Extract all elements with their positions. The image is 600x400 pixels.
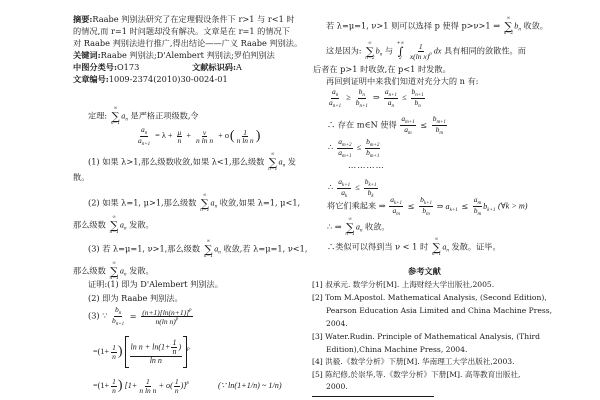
summation-symbol: ∞∑n=1 xyxy=(345,218,355,237)
reference-item-cont: Pearson Education Asia Limited and China… xyxy=(326,306,552,317)
reference-item-cont: 2004. xyxy=(326,319,348,330)
doc-code-line: 文献标识码:A xyxy=(192,62,242,72)
right-line-4: 再回到证明中来我们知道对充分大的 n 有: xyxy=(326,76,478,86)
keywords-line: 关键词:Raabe 判别法;D'Alembert 判别法;罗伯判别法 xyxy=(73,50,275,60)
article-no-value: 1009-2374(2010)30-0024-01 xyxy=(109,74,228,84)
summation-symbol: ∞∑n=1 xyxy=(109,216,119,235)
footnote-separator xyxy=(312,396,434,397)
summation-symbol: ∞∑n=1 xyxy=(200,194,210,213)
similar-line: ∴类似可以得到当 ν < 1 时 ∞∑n=1an 发散。证毕。 xyxy=(327,238,501,257)
reference-item: [2] Tom M.Apostol. Mathematical Analysis… xyxy=(312,293,547,304)
keywords-label: 关键词: xyxy=(73,50,101,60)
reference-item-cont: 2000. xyxy=(326,382,348,393)
keywords-value: Raabe 判别法;D'Alembert 判别法;罗伯判别法 xyxy=(101,50,275,60)
reference-item: [4] 洪毅.《数学分析》下册[M]. 华南理工大学出版社,2003. xyxy=(312,357,515,368)
abstract-text-1: Raabe 判别法研究了在定理假设条件下 r>1 与 r<1 时 xyxy=(92,14,294,24)
case-3: (3) 若 λ=μ=1, ν>1,那么级数 ∞∑n=1an 收敛,若 λ=μ=1… xyxy=(88,240,307,259)
ratio-formula: anan+1 = λ + μn + νn ln n + o(1n ln n) xyxy=(136,126,260,147)
proof-3-step-2: =(1+1n) ln n + ln(1+1n)ln np xyxy=(92,336,190,368)
clc-value: O173 xyxy=(117,62,139,72)
summation-symbol: ∞∑n=1 xyxy=(432,238,442,257)
case-2-cont: 那么级数 ∞∑n=1an 发散。 xyxy=(73,216,154,235)
summation-symbol: ∞∑n=1 xyxy=(268,153,278,172)
case-2: (2) 如果 λ=1, μ>1,那么级数 ∞∑n=1an 收敛,如果 λ=1, … xyxy=(88,194,300,213)
case-1-cont: 散。 xyxy=(73,172,89,182)
right-line-3: 后者在 p>1 时收敛,在 p<1 时发散。 xyxy=(313,64,451,74)
theorem-text: 是严格正项级数,令 xyxy=(131,111,199,121)
summation-symbol: ∞∑n=2 xyxy=(365,42,375,61)
theorem-label: 定理: xyxy=(88,111,107,121)
article-no-line: 文章编号:1009-2374(2010)30-0024-01 xyxy=(73,74,228,84)
abstract-line-1: 摘要:Raabe 判别法研究了在定理假设条件下 r>1 与 r<1 时 xyxy=(73,14,295,24)
reference-item: [5] 陈纪修,於崇华,等.《数学分析》下册[M]. 高等教育出版社, xyxy=(312,370,520,381)
reference-item: [1] 叔承元. 数学分析[M]. 上海财经大学出版社,2005. xyxy=(312,280,494,291)
doc-code-value: A xyxy=(236,62,242,72)
proof-1: 证明:(1) 即为 D'Alembert 判别法。 xyxy=(88,279,223,289)
clc-label: 中图分类号: xyxy=(73,62,117,72)
abstract-label: 摘要: xyxy=(73,14,92,24)
abstract-line-3: 对 Raabe 判别法进行推广,得出结论——广义 Raabe 判别法。 xyxy=(73,38,302,48)
summation-symbol: ∞∑n=1 xyxy=(204,240,214,259)
ellipsis-dots: ………… xyxy=(348,160,385,170)
multiply-line: 将它们乘起来 ⇒ ak+1am ≤ bk+1bm ⇒ ak+1 ≤ ambmbk… xyxy=(327,196,528,217)
doc-code-label: 文献标识码: xyxy=(192,62,236,72)
proof-3-note: (∵ ln(1+1/n) ~ 1/n) xyxy=(218,381,282,391)
chain-line-1: ∴ am+2am+1 ≤ bm+2bm+1 xyxy=(327,138,381,159)
references-title: 参考文献 xyxy=(408,266,441,277)
integral-symbol: +∞∫2 xyxy=(397,42,405,61)
conclude-line: ∴ ⇒ ∞∑n=1an 收敛。 xyxy=(327,218,390,237)
case-1: (1) 如果 λ>1,那么级数收敛,如果 λ<1,那么级数 ∞∑n=1an 发 xyxy=(88,153,296,172)
reference-item-cont: Edition),China Machine Press, 2004. xyxy=(326,345,467,356)
theorem-line: 定理: ∞∑n=1an 是严格正项级数,令 xyxy=(88,107,199,126)
proof-3-step-3: =(1+1n) [1+1n ln n+ o(1n)]p xyxy=(92,378,189,394)
summation-symbol: ∞∑n=2 xyxy=(504,17,514,36)
proof-3-line: (3) ∵ bnbn+1 = (n+1)[ln(n+1)]pn(ln n)p xyxy=(88,306,194,327)
proof-2: (2) 即为 Raabe 判别法。 xyxy=(88,293,183,303)
right-line-1: 若 λ=μ=1, ν>1 则可以选择 p 使得 p>ν>1 ⇒ ∞∑n=2bn … xyxy=(326,17,548,36)
clc-line: 中图分类号:O173 xyxy=(73,62,139,72)
article-no-label: 文章编号: xyxy=(73,74,109,84)
reference-item: [3] Water.Rudin. Principle of Mathematic… xyxy=(312,332,540,343)
right-line-2: 这是因为: ∞∑n=2bn 与 +∞∫2 1x(ln x)pdx 具有相同的敛散… xyxy=(326,42,526,61)
inequality-1: anan+1 ≥ bnbn+1 ⇒ an+1an ≤ bn+1bn xyxy=(327,88,426,109)
exists-line: ∴ 存在 m∈N 使得 am+1am ≤ bm+1bm xyxy=(327,115,448,136)
summation-symbol: ∞∑n=1 xyxy=(111,107,121,126)
abstract-line-2: 的情况,而 r=1 时问题却没有解决。文章是在 r=1 的情况下 xyxy=(73,26,290,36)
